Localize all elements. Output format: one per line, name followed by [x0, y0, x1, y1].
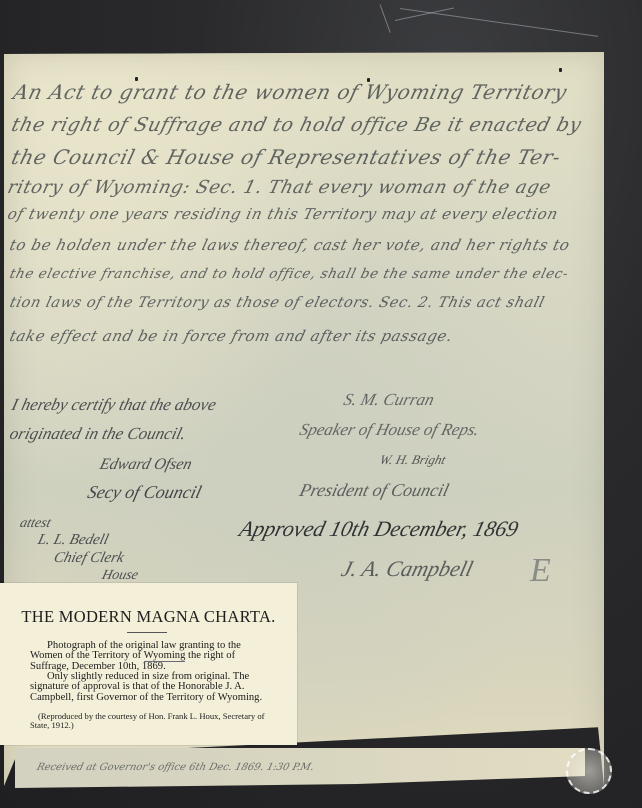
- governor-signature: J. A. Campbell: [339, 556, 476, 582]
- attest-label: attest: [18, 516, 52, 532]
- e-mark: E: [530, 552, 551, 590]
- president-signature: W. H. Bright: [378, 452, 447, 468]
- speaker-signature: S. M. Curran: [342, 390, 437, 410]
- pin-hole: [559, 68, 562, 72]
- received-note: Received at Governor's office 6th Dec. 1…: [36, 762, 316, 773]
- embossed-seal-icon: [566, 748, 612, 794]
- act-line-9: take effect and be in force from and aft…: [8, 327, 455, 345]
- council-secretary-signature: Edward Ofsen: [98, 456, 194, 474]
- speaker-title: Speaker of House of Reps.: [298, 420, 482, 440]
- caption-divider: [127, 632, 167, 633]
- caption-heading: THE MODERN MAGNA CHARTA.: [0, 607, 297, 627]
- act-line-1: An Act to grant to the women of Wyoming …: [11, 80, 570, 104]
- act-line-6: to be holden under the laws thereof, cas…: [8, 236, 572, 254]
- caption-credit: (Reproduced by the courtesy of Hon. Fran…: [30, 712, 268, 730]
- caption-paragraph-1: Photograph of the original law granting …: [30, 641, 270, 672]
- caption-clipping: THE MODERN MAGNA CHARTA. Photograph of t…: [0, 583, 297, 745]
- certification-line-1: I hereby certify that the above: [10, 395, 219, 415]
- caption-paragraph-2: Only slightly reduced in size from origi…: [30, 672, 270, 703]
- attest-title-house: House: [100, 568, 140, 584]
- act-line-4: ritory of Wyoming: Sec. 1. That every wo…: [5, 177, 553, 198]
- act-line-3: the Council & House of Representatives o…: [9, 145, 563, 169]
- act-line-8: tion laws of the Territory as those of e…: [8, 295, 546, 311]
- act-line-2: the right of Suffrage and to hold office…: [9, 114, 584, 136]
- president-title: President of Council: [297, 480, 451, 501]
- act-line-5: of twenty one years residing in this Ter…: [6, 205, 560, 223]
- approval-date: Approved 10th December, 1869: [237, 516, 521, 542]
- certification-line-2: originated in the Council.: [8, 424, 189, 444]
- attest-signature: L. L. Bedell: [36, 532, 110, 549]
- council-secretary-title: Secy of Council: [85, 482, 203, 503]
- act-line-7: the elective franchise, and to hold offi…: [8, 266, 570, 282]
- attest-title: Chief Clerk: [52, 550, 126, 567]
